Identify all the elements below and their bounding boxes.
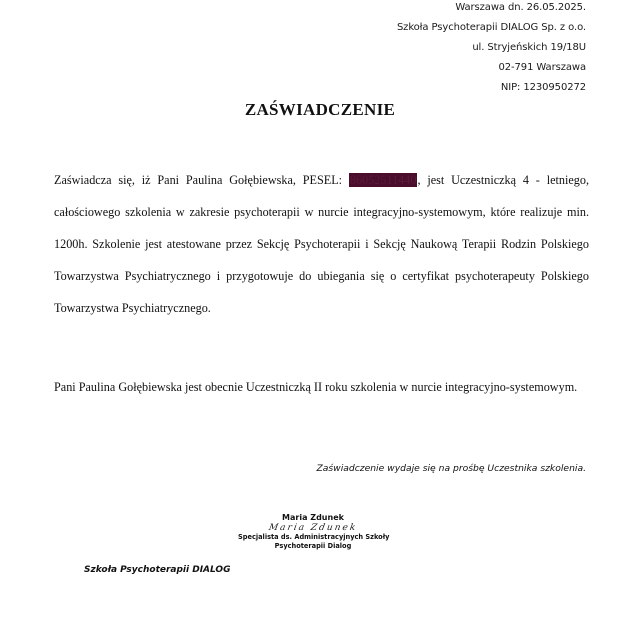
document-title: ZAŚWIADCZENIE	[0, 100, 640, 120]
signatory-role: Specjalista ds. Administracyjnych Szkoły	[238, 533, 388, 542]
body-line-2: całościowego szkolenia w zakresie psycho…	[54, 196, 589, 228]
footer-school-name: Szkoła Psychoterapii DIALOG	[84, 565, 230, 575]
date-line: Warszawa dn. 26.05.2025.	[397, 0, 586, 20]
body-line-4: Towarzystwa Psychiatrycznego i przygotow…	[54, 260, 589, 292]
body-line-3: 1200h. Szkolenie jest atestowane przez S…	[54, 228, 589, 260]
signature-stamp: Maria Zdunek Maria Zdunek Specjalista ds…	[238, 513, 388, 551]
signatory-org: Psychoterapii Dialog	[238, 542, 388, 551]
pesel-redacted: 86052511440	[349, 173, 418, 187]
body-line-5: Towarzystwa Psychiatrycznego.	[54, 292, 589, 324]
company-nip: NIP: 1230950272	[397, 80, 586, 100]
issuance-note: Zaświadczenie wydaje się na prośbę Uczes…	[316, 463, 586, 474]
body-line-1: Zaświadcza się, iż Pani Paulina Gołębiew…	[54, 164, 589, 196]
company-city: 02-791 Warszawa	[397, 60, 586, 80]
handwritten-signature: Maria Zdunek	[237, 523, 389, 533]
signatory-name: Maria Zdunek	[238, 513, 388, 523]
letterhead: Warszawa dn. 26.05.2025. Szkoła Psychote…	[397, 0, 586, 100]
certificate-body: Zaświadcza się, iż Pani Paulina Gołębiew…	[54, 164, 589, 324]
status-paragraph: Pani Paulina Gołębiewska jest obecnie Uc…	[54, 380, 577, 395]
company-name: Szkoła Psychoterapii DIALOG Sp. z o.o.	[397, 20, 586, 40]
company-street: ul. Stryjeńskich 19/18U	[397, 40, 586, 60]
